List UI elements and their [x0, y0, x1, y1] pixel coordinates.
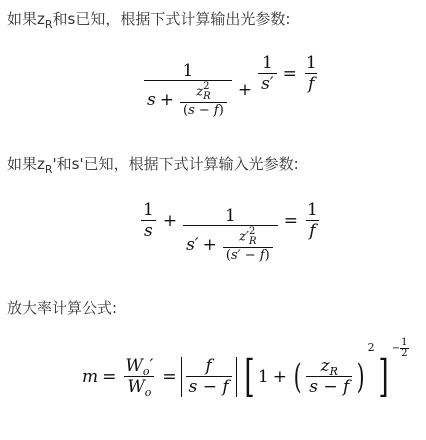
output-beam-equation: 1 s + z2R (s − f) + 1 s′ = 1 f — [142, 52, 322, 128]
text: '和s'已知，根据下式计算输入光参数: — [53, 155, 299, 173]
equals: = — [102, 367, 116, 387]
fraction: 1 s′ — [258, 54, 277, 93]
numerator: 1 — [179, 62, 196, 81]
one: 1 — [258, 367, 269, 387]
text: 和s已知，根据下式计算输出光参数: — [53, 10, 291, 28]
inner-fraction: z′2R (s′ − f) — [223, 227, 273, 263]
denominator: s′ — [258, 73, 277, 94]
main-fraction: 1 s′ + z′2R (s′ − f) — [183, 207, 278, 264]
numerator: 1 — [259, 54, 276, 73]
numerator: z′2R — [236, 227, 259, 247]
equals: = — [283, 64, 297, 84]
text: 如果z — [7, 10, 45, 28]
var-f: f — [222, 377, 228, 397]
exponent-neg-half: − 1 2 — [392, 338, 409, 359]
left-bracket: [ — [244, 355, 254, 399]
plus: + — [238, 80, 252, 100]
sub: R — [249, 237, 257, 247]
numerator: f — [203, 357, 215, 376]
inner-fraction: z2R (s − f) — [180, 82, 227, 118]
var-m: m — [82, 367, 98, 387]
denominator: (s − f) — [180, 102, 227, 118]
minus: − — [392, 344, 400, 354]
denominator: (s′ − f) — [223, 247, 273, 263]
minus: − — [245, 248, 256, 263]
magnification-intro: 放大率计算公式: — [7, 298, 117, 318]
fraction: f s − f — [186, 357, 232, 396]
var-f: f — [343, 377, 349, 397]
right-paren: ) — [357, 360, 365, 394]
var-s: s — [147, 91, 156, 110]
sup-sub: 2R — [249, 227, 257, 247]
minus: − — [203, 377, 217, 397]
paren: ) — [219, 103, 224, 118]
plus: + — [163, 211, 177, 231]
plus: + — [203, 236, 217, 255]
half: 1 2 — [400, 338, 408, 359]
fraction: 1 s — [140, 201, 157, 240]
prime: ′ — [149, 356, 153, 376]
fraction: Wo′ Wo — [122, 357, 156, 396]
denominator: Wo — [124, 376, 154, 397]
sub: o — [145, 386, 152, 399]
subscript: R — [45, 18, 53, 31]
minus: − — [199, 103, 210, 118]
denominator: f — [305, 73, 317, 94]
numerator: Wo′ — [122, 357, 156, 376]
left-paren: ( — [294, 360, 302, 394]
var-s: s — [309, 377, 318, 397]
numerator: 1 — [140, 201, 157, 220]
var-W: W — [125, 356, 142, 376]
numerator: z2R — [193, 82, 213, 102]
paren: ) — [265, 248, 270, 263]
denominator: 2 — [401, 349, 407, 359]
denominator: s − f — [306, 376, 352, 397]
output-beam-intro: 如果zR和s已知，根据下式计算输出光参数: — [7, 9, 290, 29]
equals: = — [284, 211, 298, 231]
var-W: W — [127, 377, 144, 397]
var-z-prime: z′ — [239, 230, 249, 245]
denominator: s — [141, 220, 156, 241]
numerator: zR — [318, 357, 341, 376]
denominator: s + z2R (s − f) — [144, 80, 232, 118]
denominator: f — [306, 220, 318, 241]
numerator: 1 — [304, 201, 321, 220]
fraction: zR s − f — [306, 357, 352, 396]
var-z: z — [321, 356, 330, 376]
absolute-value: f s − f — [181, 357, 237, 396]
denominator: s − f — [186, 376, 232, 397]
equals: = — [162, 367, 176, 387]
sub: R — [203, 92, 211, 102]
numerator: 1 — [303, 54, 320, 73]
var-s: s — [188, 103, 195, 118]
fraction: 1 f — [304, 201, 321, 240]
input-beam-equation: 1 s + 1 s′ + z′2R (s′ − f) = 1 f — [138, 195, 323, 275]
fraction: 1 f — [303, 54, 320, 93]
right-bracket: ] — [378, 355, 388, 399]
subscript: R — [45, 163, 53, 176]
var-s: s — [189, 377, 198, 397]
plus: + — [160, 91, 174, 110]
minus: − — [323, 377, 337, 397]
main-fraction: 1 s + z2R (s − f) — [144, 62, 232, 119]
magnification-equation: m = Wo′ Wo = f s − f [ 1 + ( zR s − f ) … — [82, 342, 409, 412]
var-s-prime: s′ — [231, 248, 241, 263]
var-s-prime: s′ — [186, 236, 199, 255]
numerator: 1 — [222, 207, 239, 226]
plus: + — [273, 367, 287, 387]
denominator: s′ + z′2R (s′ − f) — [183, 225, 278, 263]
input-beam-intro: 如果zR'和s'已知，根据下式计算输入光参数: — [7, 154, 299, 174]
sup-sub: 2R — [203, 82, 211, 102]
text: 如果z — [7, 155, 45, 173]
